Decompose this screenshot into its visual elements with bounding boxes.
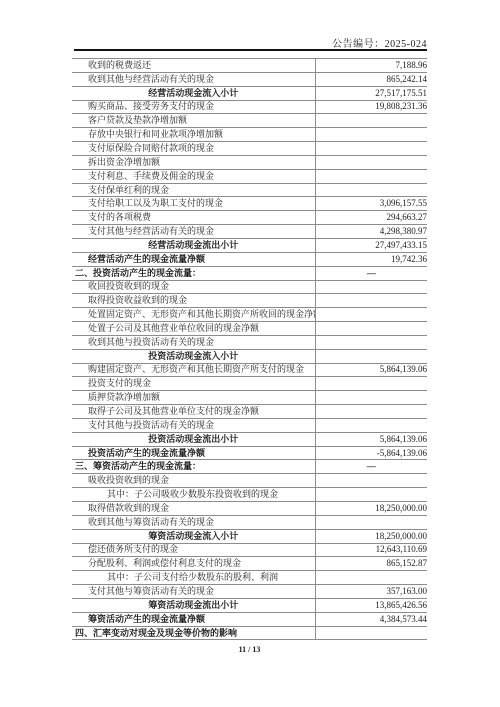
row-label: 处置子公司及其他营业单位收回的现金净额 — [72, 322, 315, 336]
table-row: 投资支付的现金 — [72, 377, 427, 391]
row-value: 865,152.87 — [315, 557, 427, 571]
table-row: 筹资活动产生的现金流量净额4,384,573.44 — [72, 612, 427, 626]
table-row: 支付的各项税费294,663.27 — [72, 211, 427, 225]
row-value: 13,865,426.56 — [315, 598, 427, 612]
table-row: 投资活动现金流出小计5,864,139.06 — [72, 432, 427, 446]
row-label: 取得投资收益收到的现金 — [72, 294, 315, 308]
row-value: — — [315, 266, 427, 280]
row-label: 收回投资收到的现金 — [72, 280, 315, 294]
table-row: 收到的税费返还7,188.96 — [72, 59, 427, 73]
row-label: 取得借款收到的现金 — [72, 502, 315, 516]
row-value: 18,250,000.00 — [315, 502, 427, 516]
row-label: 投资活动现金流出小计 — [72, 432, 315, 446]
row-label: 收到其他与投资活动有关的现金 — [72, 335, 315, 349]
table-row: 拆出资金净增加额 — [72, 155, 427, 169]
table-row: 处置固定资产、无形资产和其他长期资产所收回的现金净额 — [72, 308, 427, 322]
row-label: 收到其他与经营活动有关的现金 — [72, 72, 315, 86]
row-value: 19,742.36 — [315, 252, 427, 266]
table-row: 支付其他与筹资活动有关的现金357,163.00 — [72, 585, 427, 599]
table-row: 存放中央银行和同业款项净增加额 — [72, 128, 427, 142]
table-row: 处置子公司及其他营业单位收回的现金净额 — [72, 322, 427, 336]
row-value — [315, 294, 427, 308]
row-label: 支付原保险合同赔付款项的现金 — [72, 142, 315, 156]
row-value — [315, 405, 427, 419]
header-rule — [74, 49, 427, 51]
row-label: 其中：子公司吸收少数股东投资收到的现金 — [72, 488, 315, 502]
table-row: 吸收投资收到的现金 — [72, 474, 427, 488]
table-row: 质押贷款净增加额 — [72, 391, 427, 405]
table-row: 支付其他与投资活动有关的现金 — [72, 418, 427, 432]
row-value — [315, 114, 427, 128]
table-row: 支付给职工以及为职工支付的现金3,096,157.55 — [72, 197, 427, 211]
row-value: -5,864,139.06 — [315, 446, 427, 460]
row-value: 4,298,380.97 — [315, 225, 427, 239]
row-value — [315, 391, 427, 405]
table-row: 偿还债务所支付的现金12,643,110.69 — [72, 543, 427, 557]
table-row: 收到其他与投资活动有关的现金 — [72, 335, 427, 349]
table-row: 其中：子公司支付给少数股东的股利、利润 — [72, 571, 427, 585]
table-row: 收到其他与筹资活动有关的现金 — [72, 515, 427, 529]
table-row: 购建固定资产、无形资产和其他长期资产所支付的现金5,864,139.06 — [72, 363, 427, 377]
row-label: 其中：子公司支付给少数股东的股利、利润 — [72, 571, 315, 585]
table-row: 购买商品、接受劳务支付的现金19,808,231.36 — [72, 100, 427, 114]
table-row: 取得借款收到的现金18,250,000.00 — [72, 502, 427, 516]
row-label: 经营活动现金流入小计 — [72, 86, 315, 100]
row-label: 支付利息、手续费及佣金的现金 — [72, 169, 315, 183]
table-row: 三、筹资活动产生的现金流量：— — [72, 460, 427, 474]
table-row: 经营活动产生的现金流量净额19,742.36 — [72, 252, 427, 266]
row-value — [315, 488, 427, 502]
row-value: 865,242.14 — [315, 72, 427, 86]
table-row: 收到其他与经营活动有关的现金865,242.14 — [72, 72, 427, 86]
row-value: 3,096,157.55 — [315, 197, 427, 211]
table-row: 支付其他与经营活动有关的现金4,298,380.97 — [72, 225, 427, 239]
row-label: 购买商品、接受劳务支付的现金 — [72, 100, 315, 114]
row-label: 筹资活动现金流出小计 — [72, 598, 315, 612]
table-row: 支付原保险合同赔付款项的现金 — [72, 142, 427, 156]
cash-flow-table-body: 收到的税费返还7,188.96收到其他与经营活动有关的现金865,242.14经… — [72, 59, 427, 640]
row-label: 偿还债务所支付的现金 — [72, 543, 315, 557]
table-row: 取得投资收益收到的现金 — [72, 294, 427, 308]
row-value — [315, 377, 427, 391]
row-label: 支付保单红利的现金 — [72, 183, 315, 197]
row-value: 7,188.96 — [315, 59, 427, 73]
row-value: 5,864,139.06 — [315, 363, 427, 377]
row-label: 二、投资活动产生的现金流量： — [72, 266, 315, 280]
table-row: 筹资活动现金流出小计13,865,426.56 — [72, 598, 427, 612]
row-label: 支付其他与筹资活动有关的现金 — [72, 585, 315, 599]
row-value — [315, 183, 427, 197]
table-row: 支付保单红利的现金 — [72, 183, 427, 197]
row-value — [315, 335, 427, 349]
row-value: — — [315, 460, 427, 474]
row-value: 18,250,000.00 — [315, 529, 427, 543]
row-value: 27,497,433.15 — [315, 238, 427, 252]
row-label: 拆出资金净增加额 — [72, 155, 315, 169]
row-value: 12,643,110.69 — [315, 543, 427, 557]
row-value: 19,808,231.36 — [315, 100, 427, 114]
table-row: 其中：子公司吸收少数股东投资收到的现金 — [72, 488, 427, 502]
row-value — [315, 169, 427, 183]
row-value — [315, 474, 427, 488]
row-value: 4,384,573.44 — [315, 612, 427, 626]
row-label: 吸收投资收到的现金 — [72, 474, 315, 488]
row-label: 筹资活动产生的现金流量净额 — [72, 612, 315, 626]
row-label: 经营活动现金流出小计 — [72, 238, 315, 252]
row-label: 支付的各项税费 — [72, 211, 315, 225]
row-label: 支付给职工以及为职工支付的现金 — [72, 197, 315, 211]
row-value — [315, 515, 427, 529]
row-label: 四、汇率变动对现金及现金等价物的影响 — [72, 626, 315, 640]
table-row: 支付利息、手续费及佣金的现金 — [72, 169, 427, 183]
row-label: 三、筹资活动产生的现金流量： — [72, 460, 315, 474]
row-value — [315, 349, 427, 363]
row-value — [315, 418, 427, 432]
row-value: 5,864,139.06 — [315, 432, 427, 446]
row-value: 27,517,175.51 — [315, 86, 427, 100]
table-row: 客户贷款及垫款净增加额 — [72, 114, 427, 128]
row-label: 筹资活动现金流入小计 — [72, 529, 315, 543]
table-row: 筹资活动现金流入小计18,250,000.00 — [72, 529, 427, 543]
row-value — [315, 308, 427, 322]
row-label: 支付其他与投资活动有关的现金 — [72, 418, 315, 432]
table-row: 二、投资活动产生的现金流量：— — [72, 266, 427, 280]
row-label: 经营活动产生的现金流量净额 — [72, 252, 315, 266]
table-row: 投资活动产生的现金流量净额-5,864,139.06 — [72, 446, 427, 460]
row-label: 收到的税费返还 — [72, 59, 315, 73]
cash-flow-table: 收到的税费返还7,188.96收到其他与经营活动有关的现金865,242.14经… — [72, 58, 427, 640]
row-label: 存放中央银行和同业款项净增加额 — [72, 128, 315, 142]
row-label: 分配股利、利润或偿付利息支付的现金 — [72, 557, 315, 571]
row-value: 294,663.27 — [315, 211, 427, 225]
row-value: 357,163.00 — [315, 585, 427, 599]
row-label: 支付其他与经营活动有关的现金 — [72, 225, 315, 239]
row-label: 投资支付的现金 — [72, 377, 315, 391]
row-label: 客户贷款及垫款净增加额 — [72, 114, 315, 128]
document-page: 公告编号：2025-024 收到的税费返还7,188.96收到其他与经营活动有关… — [0, 0, 500, 707]
row-value — [315, 155, 427, 169]
row-value — [315, 626, 427, 640]
row-value — [315, 280, 427, 294]
row-label: 投资活动现金流入小计 — [72, 349, 315, 363]
table-row: 分配股利、利润或偿付利息支付的现金865,152.87 — [72, 557, 427, 571]
table-row: 投资活动现金流入小计 — [72, 349, 427, 363]
row-value — [315, 142, 427, 156]
table-row: 收回投资收到的现金 — [72, 280, 427, 294]
row-label: 处置固定资产、无形资产和其他长期资产所收回的现金净额 — [72, 308, 315, 322]
page-number: 11 / 13 — [72, 645, 427, 654]
table-row: 四、汇率变动对现金及现金等价物的影响 — [72, 626, 427, 640]
row-label: 收到其他与筹资活动有关的现金 — [72, 515, 315, 529]
row-label: 取得子公司及其他营业单位支付的现金净额 — [72, 405, 315, 419]
row-label: 购建固定资产、无形资产和其他长期资产所支付的现金 — [72, 363, 315, 377]
row-value — [315, 322, 427, 336]
table-row: 经营活动现金流入小计27,517,175.51 — [72, 86, 427, 100]
row-value — [315, 128, 427, 142]
row-value — [315, 571, 427, 585]
table-row: 经营活动现金流出小计27,497,433.15 — [72, 238, 427, 252]
table-row: 取得子公司及其他营业单位支付的现金净额 — [72, 405, 427, 419]
row-label: 投资活动产生的现金流量净额 — [72, 446, 315, 460]
row-label: 质押贷款净增加额 — [72, 391, 315, 405]
